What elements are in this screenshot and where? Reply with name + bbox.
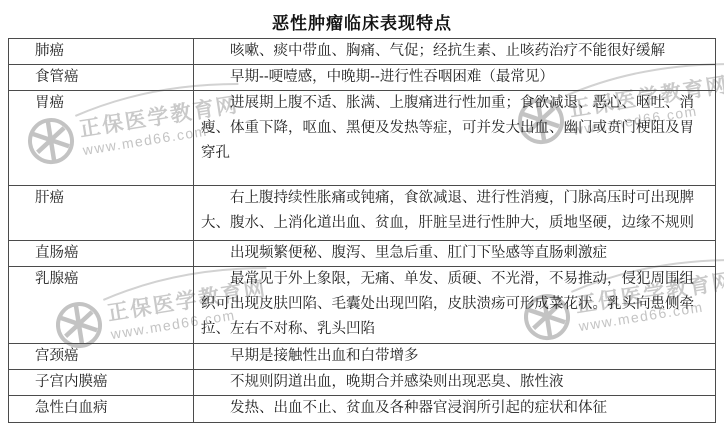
disease-name-cell: 子宫内膜癌 [9,370,194,396]
table-row: 直肠癌 出现频繁便秘、腹泻、里急后重、肛门下坠感等直肠刺激症 [9,241,716,267]
disease-desc-cell: 最常见于外上象限，无痛、单发、质硬、不光滑，不易推动，侵犯周围组织可出现皮肤凹陷… [194,267,716,344]
disease-desc-cell: 出现频繁便秘、腹泻、里急后重、肛门下坠感等直肠刺激症 [194,241,716,267]
disease-desc-cell: 早期是接触性出血和白带增多 [194,344,716,370]
page-title: 恶性肿瘤临床表现特点 [0,9,724,34]
table-row: 子宫内膜癌 不规则阴道出血，晚期合并感染则出现恶臭、脓性液 [9,370,716,396]
desc-text: 早期是接触性出血和白带增多 [201,344,708,369]
disease-desc-cell: 咳嗽、痰中带血、胸痛、气促；经抗生素、止咳药治疗不能很好缓解 [194,39,716,65]
disease-name-cell: 肺癌 [9,39,194,65]
disease-desc-cell: 进展期上腹不适、胀满、上腹痛进行性加重；食欲减退、恶心、呕吐、消瘦、体重下降，呕… [194,91,716,186]
table-row: 急性白血病 发热、出血不止、贫血及各种器官浸润所引起的症状和体征 [9,396,716,423]
desc-text: 进展期上腹不适、胀满、上腹痛进行性加重；食欲减退、恶心、呕吐、消瘦、体重下降，呕… [201,91,708,166]
disease-desc-cell: 发热、出血不止、贫血及各种器官浸润所引起的症状和体征 [194,396,716,423]
table-row: 食管癌 早期--哽噎感，中晚期--进行性吞咽困难（最常见） [9,65,716,91]
table-row: 肺癌 咳嗽、痰中带血、胸痛、气促；经抗生素、止咳药治疗不能很好缓解 [9,39,716,65]
table-row: 肝癌 右上腹持续性胀痛或钝痛，食欲减退、进行性消瘦，门脉高压时可出现脾大、腹水、… [9,186,716,241]
disease-name-cell: 食管癌 [9,65,194,91]
disease-name-cell: 肝癌 [9,186,194,241]
desc-text: 早期--哽噎感，中晚期--进行性吞咽困难（最常见） [201,65,708,90]
table-row: 乳腺癌 最常见于外上象限，无痛、单发、质硬、不光滑，不易推动，侵犯周围组织可出现… [9,267,716,344]
disease-name-cell: 宫颈癌 [9,344,194,370]
disease-desc-cell: 早期--哽噎感，中晚期--进行性吞咽困难（最常见） [194,65,716,91]
desc-text: 右上腹持续性胀痛或钝痛，食欲减退、进行性消瘦，门脉高压时可出现脾大、腹水、上消化… [201,186,708,236]
disease-name-cell: 直肠癌 [9,241,194,267]
desc-text: 不规则阴道出血，晚期合并感染则出现恶臭、脓性液 [201,370,708,395]
table-row: 胃癌 进展期上腹不适、胀满、上腹痛进行性加重；食欲减退、恶心、呕吐、消瘦、体重下… [9,91,716,186]
desc-text: 出现频繁便秘、腹泻、里急后重、肛门下坠感等直肠刺激症 [201,241,708,266]
desc-text: 咳嗽、痰中带血、胸痛、气促；经抗生素、止咳药治疗不能很好缓解 [201,39,708,64]
disease-desc-cell: 右上腹持续性胀痛或钝痛，食欲减退、进行性消瘦，门脉高压时可出现脾大、腹水、上消化… [194,186,716,241]
desc-text: 最常见于外上象限，无痛、单发、质硬、不光滑，不易推动，侵犯周围组织可出现皮肤凹陷… [201,267,708,342]
desc-text: 发热、出血不止、贫血及各种器官浸润所引起的症状和体征 [201,396,708,421]
disease-name-cell: 胃癌 [9,91,194,186]
disease-name-cell: 急性白血病 [9,396,194,423]
tumor-features-table: 肺癌 咳嗽、痰中带血、胸痛、气促；经抗生素、止咳药治疗不能很好缓解 食管癌 早期… [8,38,716,423]
disease-name-cell: 乳腺癌 [9,267,194,344]
table-row: 宫颈癌 早期是接触性出血和白带增多 [9,344,716,370]
document-page: 正保医学教育网 www.med66.com 正保医学教育网 www.med66.… [0,0,724,429]
disease-desc-cell: 不规则阴道出血，晚期合并感染则出现恶臭、脓性液 [194,370,716,396]
